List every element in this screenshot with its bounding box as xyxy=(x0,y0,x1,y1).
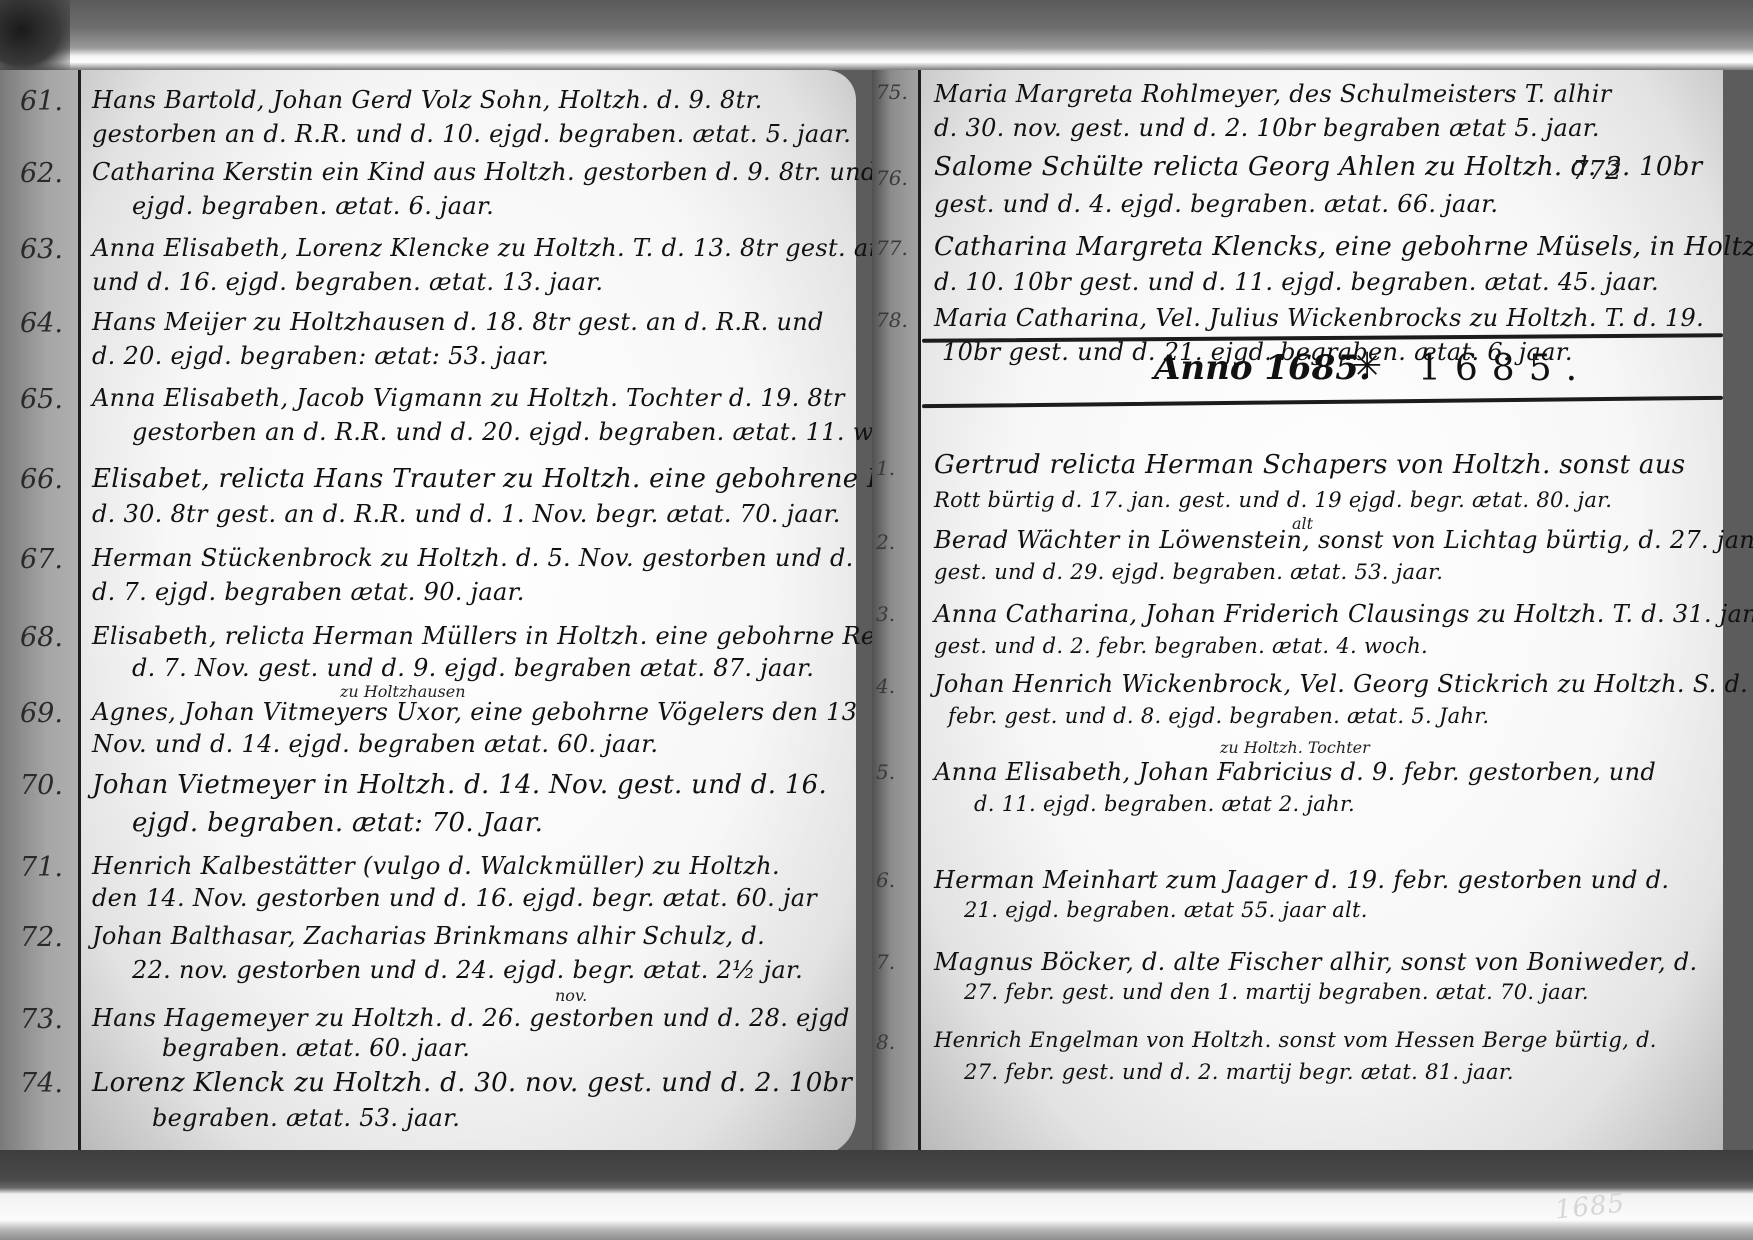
scanned-register-spread: 61. Hans Bartold, Johan Gerd Volz Sohn, … xyxy=(0,0,1753,1240)
entry-line: Elisabeth, relicta Herman Müllers in Hol… xyxy=(92,622,969,650)
entry-line: Gertrud relicta Herman Schapers von Holt… xyxy=(934,450,1685,480)
left-page: 61. Hans Bartold, Johan Gerd Volz Sohn, … xyxy=(0,70,872,1156)
entry-line: Catharina Margreta Klencks, eine gebohrn… xyxy=(934,232,1753,262)
entry-line: begraben. ætat. 60. jaar. xyxy=(92,1034,470,1062)
entry-number: 69. xyxy=(20,698,76,729)
corner-shadow xyxy=(0,0,70,75)
entry-line: ejgd. begraben. ætat: 70. Jaar. xyxy=(92,808,543,838)
year-rule-bottom xyxy=(922,396,1723,408)
entry-line: febr. gest. und d. 8. ejgd. begraben. æt… xyxy=(934,704,1489,728)
entry-line: d. 30. nov. gest. und d. 2. 10br begrabe… xyxy=(934,114,1600,142)
year-number: 1685. xyxy=(1418,348,1591,389)
year-rule-top xyxy=(922,333,1723,343)
entry-line: Maria Margreta Rohlmeyer, des Schulmeist… xyxy=(934,80,1612,108)
entry-line: Herman Meinhart zum Jaager d. 19. febr. … xyxy=(934,866,1669,894)
entry-number: 61. xyxy=(20,86,76,117)
entry-number: 71. xyxy=(20,852,76,883)
entry-line: d. 11. ejgd. begraben. ætat 2. jahr. xyxy=(934,792,1355,816)
entry-line: Anna Elisabeth, Jacob Vigmann zu Holtzh.… xyxy=(92,384,845,412)
entry-line: Henrich Engelman von Holtzh. sonst vom H… xyxy=(934,1028,1657,1052)
interlinear-note: zu Holtzh. Tochter xyxy=(1220,738,1370,757)
entry-number: 77. xyxy=(876,236,916,260)
entry-line: Berad Wächter in Löwenstein, sonst von L… xyxy=(934,526,1753,554)
entry-line: Maria Catharina, Vel. Julius Wickenbrock… xyxy=(934,304,1704,332)
entry-line: Johan Vietmeyer in Holtzh. d. 14. Nov. g… xyxy=(92,770,827,800)
entry-number: 2. xyxy=(876,530,916,554)
entry-line: 27. febr. gest. und den 1. martij begrab… xyxy=(934,980,1589,1004)
entry-line: Elisabet, relicta Hans Trauter zu Holtzh… xyxy=(92,464,955,494)
entry-line: Johan Balthasar, Zacharias Brinkmans alh… xyxy=(92,922,765,950)
entry-number: 76. xyxy=(876,166,916,190)
entry-line: gestorben an d. R.R. und d. 20. ejgd. be… xyxy=(92,418,926,446)
entry-line: 21. ejgd. begraben. ætat 55. jaar alt. xyxy=(934,898,1368,922)
right-margin-rule xyxy=(918,70,921,1156)
year-title: Anno 1685. xyxy=(1154,348,1371,388)
year-heading: Anno 1685. ✳ 1685. xyxy=(922,330,1723,422)
entry-line: Magnus Böcker, d. alte Fischer alhir, so… xyxy=(934,948,1697,976)
entry-line: gest. und d. 29. ejgd. begraben. ætat. 5… xyxy=(934,560,1443,584)
entry-number: 3. xyxy=(876,602,916,626)
entry-line: Agnes, Johan Vitmeyers Uxor, eine gebohr… xyxy=(92,698,857,726)
interlinear-note: nov. xyxy=(555,986,587,1005)
entry-number: 66. xyxy=(20,464,76,495)
entry-number: 8. xyxy=(876,1030,916,1054)
entry-number: 67. xyxy=(20,544,76,575)
entry-line: 22. nov. gestorben und d. 24. ejgd. begr… xyxy=(92,956,803,984)
entry-number: 68. xyxy=(20,622,76,653)
entry-number: 73. xyxy=(20,1004,76,1035)
entry-number: 5. xyxy=(876,760,916,784)
entry-number: 78. xyxy=(876,308,916,332)
entry-line: Herman Stückenbrock zu Holtzh. d. 5. Nov… xyxy=(92,544,854,572)
entry-number: 1. xyxy=(876,456,916,480)
entry-line: Nov. und d. 14. ejgd. begraben ætat. 60.… xyxy=(92,730,658,758)
entry-number: 63. xyxy=(20,234,76,265)
entry-line: d. 7. Nov. gest. und d. 9. ejgd. begrabe… xyxy=(92,654,814,682)
entry-line: d. 20. ejgd. begraben: ætat: 53. jaar. xyxy=(92,342,549,370)
entry-number: 62. xyxy=(20,158,76,189)
entry-number: 4. xyxy=(876,674,916,698)
entry-line: 27. febr. gest. und d. 2. martij begr. æ… xyxy=(934,1060,1514,1084)
entry-line: ejgd. begraben. ætat. 6. jaar. xyxy=(92,192,494,220)
marginal-note: 772 xyxy=(1572,156,1622,186)
entry-number: 64. xyxy=(20,308,76,339)
right-page: 75. Maria Margreta Rohlmeyer, des Schulm… xyxy=(872,70,1753,1156)
entry-line: d. 30. 8tr gest. an d. R.R. und d. 1. No… xyxy=(92,500,841,528)
entry-line: Hans Meijer zu Holtzhausen d. 18. 8tr ge… xyxy=(92,308,824,336)
entry-line: gestorben an d. R.R. und d. 10. ejgd. be… xyxy=(92,120,851,148)
entry-number: 6. xyxy=(876,868,916,892)
entry-line: gest. und d. 4. ejgd. begraben. ætat. 66… xyxy=(934,190,1498,218)
left-margin-column xyxy=(0,70,80,1156)
entry-number: 74. xyxy=(20,1068,76,1099)
bottom-binding-edge xyxy=(0,1150,1753,1240)
entry-line: und d. 16. ejgd. begraben. ætat. 13. jaa… xyxy=(92,268,603,296)
entry-line: Catharina Kerstin ein Kind aus Holtzh. g… xyxy=(92,158,955,186)
entry-line: Anna Elisabeth, Johan Fabricius d. 9. fe… xyxy=(934,758,1656,786)
left-paper xyxy=(80,70,856,1156)
entry-line: Hans Hagemeyer zu Holtzh. d. 26. gestorb… xyxy=(92,1004,850,1032)
entry-number: 72. xyxy=(20,922,76,953)
entry-line: Hans Bartold, Johan Gerd Volz Sohn, Holt… xyxy=(92,86,763,114)
entry-line: Johan Henrich Wickenbrock, Vel. Georg St… xyxy=(934,670,1753,698)
star-ornament-icon: ✳ xyxy=(1352,346,1382,387)
entry-line: den 14. Nov. gestorben und d. 16. ejgd. … xyxy=(92,884,817,912)
entry-number: 75. xyxy=(876,80,916,104)
entry-line: gest. und d. 2. febr. begraben. ætat. 4.… xyxy=(934,634,1428,658)
entry-line: d. 7. ejgd. begraben ætat. 90. jaar. xyxy=(92,578,525,606)
left-margin-rule xyxy=(78,70,81,1156)
entry-line: d. 10. 10br gest. und d. 11. ejgd. begra… xyxy=(934,268,1659,296)
entry-line: Anna Elisabeth, Lorenz Klencke zu Holtzh… xyxy=(92,234,976,262)
entry-number: 70. xyxy=(20,770,76,801)
entry-line: begraben. ætat. 53. jaar. xyxy=(92,1104,460,1132)
entry-number: 65. xyxy=(20,384,76,415)
entry-line: Lorenz Klenck zu Holtzh. d. 30. nov. ges… xyxy=(92,1068,852,1098)
entry-line: Rott bürtig d. 17. jan. gest. und d. 19 … xyxy=(934,488,1612,512)
entry-line: Anna Catharina, Johan Friderich Clausing… xyxy=(934,600,1753,628)
entry-number: 7. xyxy=(876,950,916,974)
entry-line: Henrich Kalbestätter (vulgo d. Walckmüll… xyxy=(92,852,780,880)
